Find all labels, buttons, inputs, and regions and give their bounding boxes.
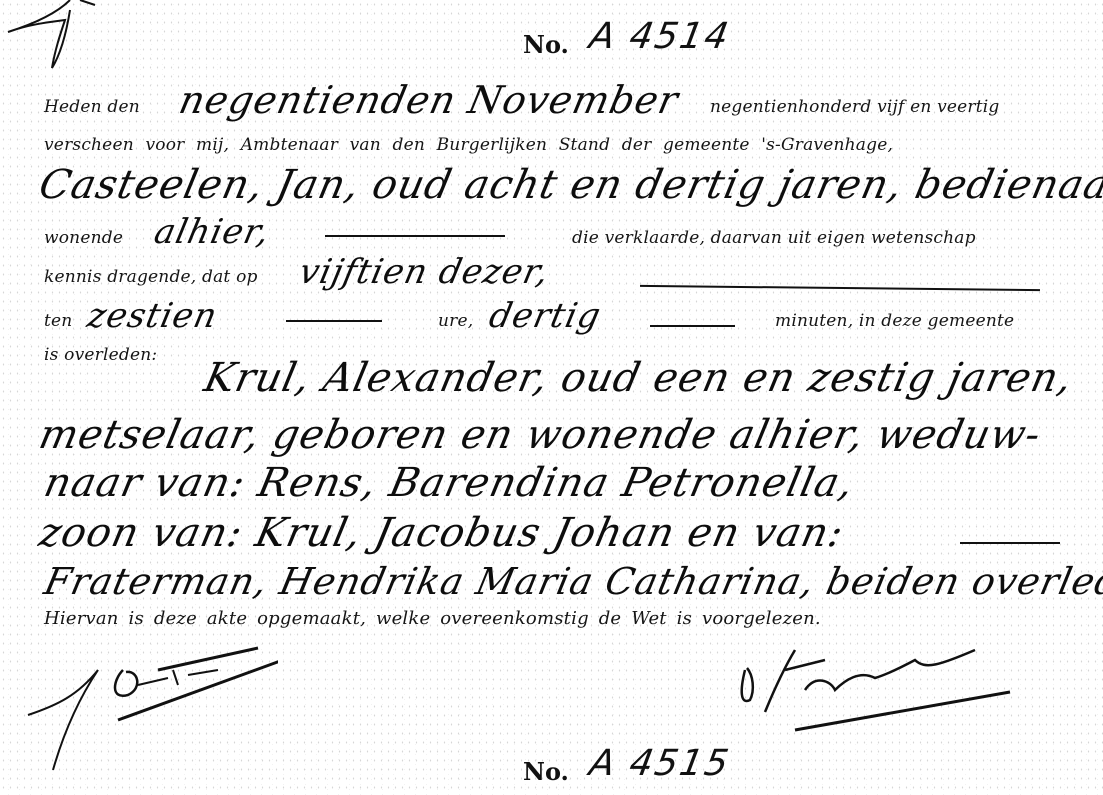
- next-record-number-value: A 4515: [586, 743, 733, 784]
- line3-handwritten-declarant: Casteelen, Jan, oud acht en dertig jaren…: [35, 162, 1103, 208]
- line1-suffix: negentienhonderd vijf en veertig: [710, 97, 1000, 117]
- signature-left-scribble-icon: [18, 640, 278, 780]
- signature-right-scribble-icon: [735, 640, 1015, 740]
- next-record-number-label: No.: [523, 757, 569, 786]
- line6-ure: ure,: [438, 311, 473, 331]
- line4-fill-rule: [325, 235, 505, 237]
- signature-left: J. Casteelen: [18, 640, 278, 780]
- line4-prefix: wonende: [44, 228, 123, 248]
- line8-handwritten-occupation: metselaar, geboren en wonende alhier, we…: [35, 412, 1045, 458]
- line11-handwritten-mother: Fraterman, Hendrika Maria Catharina, bei…: [40, 560, 1103, 603]
- line9-handwritten-spouse: naar van: Rens, Barendina Petronella,: [40, 460, 858, 506]
- record-number-label: No.: [523, 30, 569, 59]
- line10-fill-rule: [960, 542, 1060, 544]
- closing-statement: Hiervan is deze akte opgemaakt, welke ov…: [44, 608, 821, 629]
- top-left-signature-flourish: [0, 0, 110, 75]
- line6-fill-rule-minutes: [650, 325, 735, 327]
- line2-text: verscheen voor mij, Ambtenaar van den Bu…: [44, 135, 893, 155]
- line6-handwritten-minutes: dertig: [486, 296, 605, 336]
- line7-handwritten-deceased: Krul, Alexander, oud een en zestig jaren…: [200, 355, 1077, 401]
- line6-suffix: minuten, in deze gemeente: [775, 311, 1014, 331]
- line10-handwritten-father: zoon van: Krul, Jacobus Johan en van:: [35, 510, 848, 556]
- line5-fill-rule: [640, 285, 1040, 291]
- line1-prefix: Heden den: [44, 97, 140, 117]
- line7-prefix: is overleden:: [44, 345, 157, 365]
- line5-prefix: kennis dragende, dat op: [44, 267, 258, 287]
- line5-handwritten-day: vijftien dezer,: [296, 252, 553, 292]
- record-number-value: A 4514: [586, 16, 733, 57]
- line1-handwritten-date: negentienden November: [175, 78, 682, 122]
- line6-fill-rule-hour: [286, 320, 382, 322]
- signature-right: v. Santen: [735, 640, 1015, 740]
- line6-prefix: ten: [44, 311, 72, 331]
- line4-handwritten-residence: alhier,: [151, 212, 274, 252]
- death-certificate-page: No. A 4514 Heden den negentienden Novemb…: [0, 0, 1103, 795]
- line4-suffix: die verklaarde, daarvan uit eigen wetens…: [572, 228, 976, 248]
- line6-handwritten-hour: zestien: [84, 296, 222, 336]
